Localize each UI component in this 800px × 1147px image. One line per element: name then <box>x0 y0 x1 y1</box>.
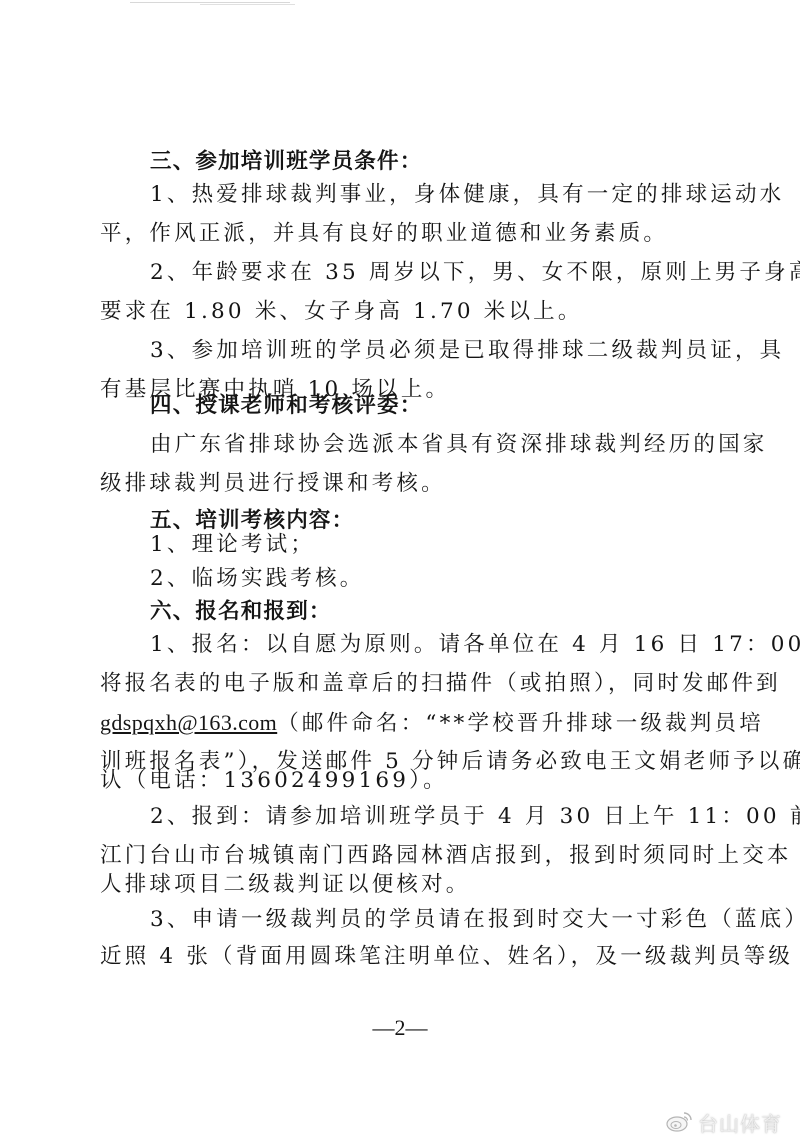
paragraph-line: 由广东省排球协会选派本省具有资深排球裁判经历的国家 <box>150 430 768 460</box>
paragraph-line: 2、报到：请参加培训班学员于 4 月 30 日上午 11：00 前到 <box>150 802 800 832</box>
section-heading-6: 六、报名和报到： <box>150 597 332 627</box>
paragraph-line: 将报名表的电子版和盖章后的扫描件（或拍照），同时发邮件到 <box>100 669 781 699</box>
email-link[interactable]: gdspqxh@163.com <box>100 710 277 735</box>
list-item: 1、理论考试； <box>150 530 315 560</box>
paragraph-line: 要求在 1.80 米、女子身高 1.70 米以上。 <box>100 297 583 327</box>
document-page: 三、参加培训班学员条件： 1、热爱排球裁判事业，身体健康，具有一定的排球运动水 … <box>0 0 800 1147</box>
paragraph-line: 3、申请一级裁判员的学员请在报到时交大一寸彩色（蓝底） <box>150 905 800 935</box>
paragraph-line: 人排球项目二级裁判证以便核对。 <box>100 870 471 900</box>
paragraph-line: 江门台山市台城镇南门西路园林酒店报到，报到时须同时上交本 <box>100 841 792 871</box>
watermark: 台山体育 <box>666 1108 782 1137</box>
email-subject-text: （邮件命名：“**学校晋升排球一级裁判员培 <box>277 711 764 736</box>
paragraph-line: 近照 4 张（背面用圆珠笔注明单位、姓名），及一级裁判员等级 <box>100 942 793 972</box>
paragraph-line: 2、年龄要求在 35 周岁以下，男、女不限，原则上男子身高 <box>150 258 800 288</box>
watermark-text: 台山体育 <box>698 1108 782 1137</box>
section-heading-4: 四、授课老师和考核评委： <box>150 391 422 421</box>
paragraph-line: 3、参加培训班的学员必须是已取得排球二级裁判员证，具 <box>150 336 784 366</box>
paragraph-line: 1、热爱排球裁判事业，身体健康，具有一定的排球运动水 <box>150 180 784 210</box>
paragraph-line: 1、报名：以自愿为原则。请各单位在 4 月 16 日 17：00 前， <box>150 630 800 660</box>
paragraph-line: 认（电话：13602499169）。 <box>100 766 448 796</box>
weibo-icon <box>666 1109 694 1137</box>
list-item: 2、临场实践考核。 <box>150 564 364 594</box>
paragraph-line: 平，作风正派，并具有良好的职业道德和业务素质。 <box>100 219 668 249</box>
paragraph-line-with-email: gdspqxh@163.com（邮件命名：“**学校晋升排球一级裁判员培 <box>100 708 764 739</box>
paragraph-line: 级排球裁判员进行授课和考核。 <box>100 469 446 499</box>
page-number: —2— <box>0 1015 800 1041</box>
section-heading-3: 三、参加培训班学员条件： <box>150 147 422 177</box>
